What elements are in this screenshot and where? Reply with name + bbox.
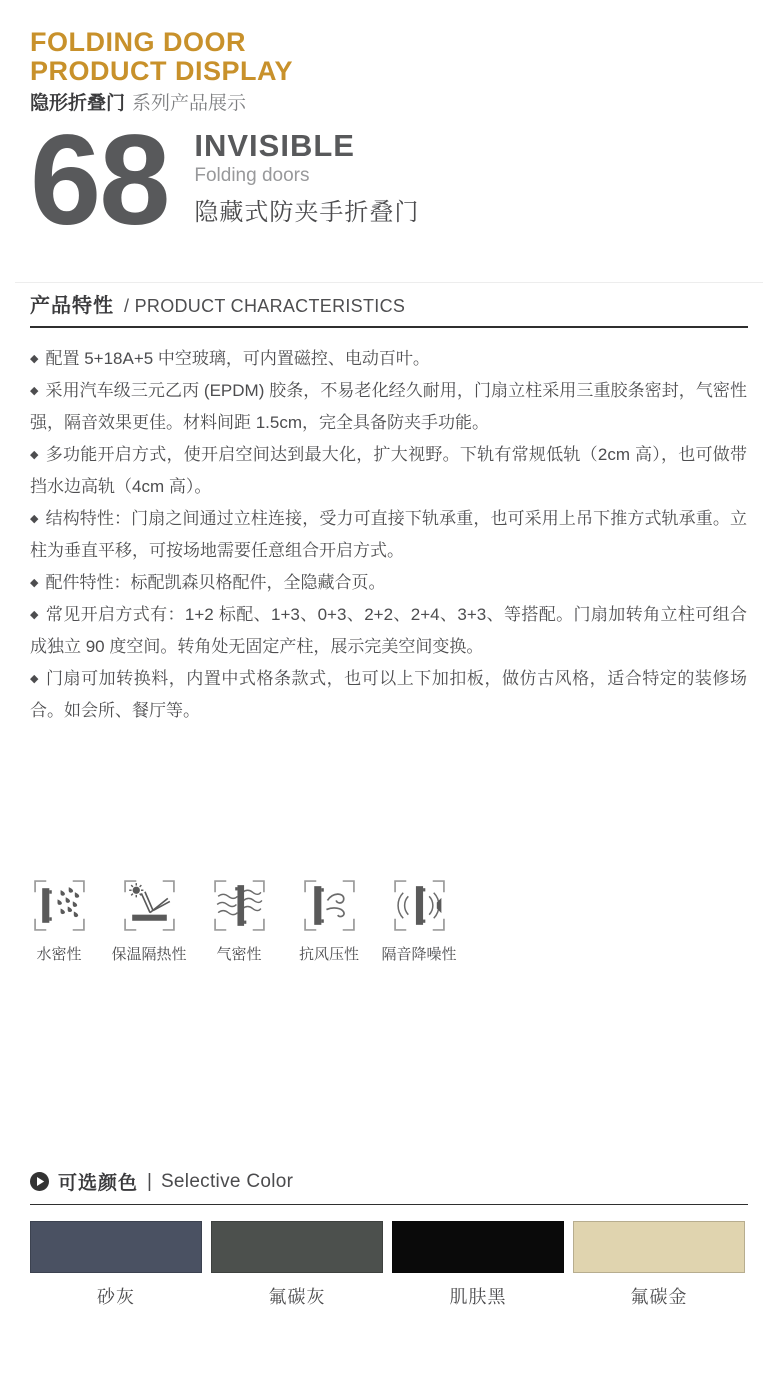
characteristic-text: 配件特性：标配凯森贝格配件，全隐藏合页。 bbox=[45, 573, 385, 592]
characteristic-text: 常见开启方式有：1+2 标配、1+3、0+3、2+2、2+4、3+3、等搭配。门… bbox=[30, 605, 747, 656]
brand-title-line2: PRODUCT DISPLAY bbox=[30, 57, 748, 86]
feature-air-tightness: 气密性 bbox=[194, 877, 284, 964]
product-number: 68 bbox=[30, 126, 168, 236]
product-headline: 68 INVISIBLE Folding doors 隐藏式防夹手折叠门 bbox=[30, 126, 748, 236]
product-names: INVISIBLE Folding doors 隐藏式防夹手折叠门 bbox=[194, 126, 419, 227]
product-name-zh: 隐藏式防夹手折叠门 bbox=[194, 192, 419, 227]
feature-icons-row: 水密性 bbox=[14, 877, 748, 964]
characteristic-text: 采用汽车级三元乙丙 (EPDM) 胶条，不易老化经久耐用，门扇立柱采用三重胶条密… bbox=[30, 381, 747, 432]
colors-heading-en: Selective Color bbox=[161, 1171, 293, 1193]
characteristics-heading-zh: 产品特性 bbox=[30, 289, 114, 318]
play-circle-icon bbox=[30, 1172, 49, 1191]
air-tightness-icon bbox=[211, 877, 268, 934]
swatch-label: 肌肤黑 bbox=[392, 1283, 564, 1309]
color-swatch-labels: 砂灰 氟碳灰 肌肤黑 氟碳金 bbox=[30, 1283, 748, 1309]
bullet-diamond-icon: ◆ bbox=[30, 353, 38, 365]
brand-title-line1: FOLDING DOOR bbox=[30, 28, 748, 57]
feature-label: 气密性 bbox=[216, 943, 261, 964]
faint-divider bbox=[15, 282, 763, 283]
feature-label: 保温隔热性 bbox=[111, 943, 186, 964]
characteristic-item: ◆门扇可加转换料，内置中式格条款式，也可以上下加扣板，做仿古风格，适合特定的装修… bbox=[30, 663, 747, 727]
bullet-diamond-icon: ◆ bbox=[30, 385, 39, 397]
characteristic-text: 多功能开启方式，使开启空间达到最大化，扩大视野。下轨有常规低轨（2cm 高），也… bbox=[30, 445, 747, 496]
feature-label: 抗风压性 bbox=[299, 943, 359, 964]
feature-label: 隔音降噪性 bbox=[381, 943, 456, 964]
swatch-label: 氟碳金 bbox=[573, 1283, 745, 1309]
bullet-diamond-icon: ◆ bbox=[30, 673, 39, 685]
bullet-diamond-icon: ◆ bbox=[30, 449, 39, 461]
characteristics-heading-en: / PRODUCT CHARACTERISTICS bbox=[124, 296, 405, 317]
colors-heading-separator: | bbox=[147, 1171, 152, 1193]
swatch-label: 砂灰 bbox=[30, 1283, 202, 1309]
characteristics-list: ◆配置 5+18A+5 中空玻璃，可内置磁控、电动百叶。 ◆采用汽车级三元乙丙 … bbox=[30, 343, 747, 727]
sound-noise-reduction-icon bbox=[391, 877, 448, 934]
color-swatch-skin-black bbox=[392, 1221, 564, 1273]
color-swatches bbox=[30, 1221, 748, 1273]
water-tightness-icon bbox=[31, 877, 88, 934]
characteristic-item: ◆常见开启方式有：1+2 标配、1+3、0+3、2+2、2+4、3+3、等搭配。… bbox=[30, 599, 747, 663]
thermal-insulation-icon bbox=[121, 877, 178, 934]
characteristic-item: ◆多功能开启方式，使开启空间达到最大化，扩大视野。下轨有常规低轨（2cm 高），… bbox=[30, 439, 747, 503]
characteristic-item: ◆配件特性：标配凯森贝格配件，全隐藏合页。 bbox=[30, 567, 747, 599]
feature-label: 水密性 bbox=[36, 943, 81, 964]
characteristic-item: ◆结构特性：门扇之间通过立柱连接，受力可直接下轨承重，也可采用上吊下推方式轨承重… bbox=[30, 503, 747, 567]
product-name-en-sub: Folding doors bbox=[194, 165, 419, 187]
wind-pressure-icon bbox=[301, 877, 358, 934]
feature-water-tightness: 水密性 bbox=[14, 877, 104, 964]
product-name-en: INVISIBLE bbox=[194, 129, 419, 163]
brand-title: FOLDING DOOR PRODUCT DISPLAY bbox=[30, 28, 748, 86]
color-swatch-fluorocarbon-gray bbox=[211, 1221, 383, 1273]
feature-wind-pressure: 抗风压性 bbox=[284, 877, 374, 964]
colors-heading-zh: 可选颜色 bbox=[58, 1168, 138, 1195]
characteristic-text: 门扇可加转换料，内置中式格条款式，也可以上下加扣板，做仿古风格，适合特定的装修场… bbox=[30, 669, 747, 720]
bullet-diamond-icon: ◆ bbox=[30, 513, 39, 525]
color-swatch-fluorocarbon-gold bbox=[573, 1221, 745, 1273]
feature-thermal-insulation: 保温隔热性 bbox=[104, 877, 194, 964]
colors-heading: 可选颜色 | Selective Color bbox=[30, 1168, 748, 1205]
bullet-diamond-icon: ◆ bbox=[30, 609, 39, 621]
characteristic-item: ◆配置 5+18A+5 中空玻璃，可内置磁控、电动百叶。 bbox=[30, 343, 747, 375]
characteristic-text: 结构特性：门扇之间通过立柱连接，受力可直接下轨承重，也可采用上吊下推方式轨承重。… bbox=[30, 509, 747, 560]
catalog-page: FOLDING DOOR PRODUCT DISPLAY 隐形折叠门系列产品展示… bbox=[0, 0, 778, 1379]
feature-sound-noise-reduction: 隔音降噪性 bbox=[374, 877, 464, 964]
characteristic-text: 配置 5+18A+5 中空玻璃，可内置磁控、电动百叶。 bbox=[45, 349, 429, 368]
swatch-label: 氟碳灰 bbox=[211, 1283, 383, 1309]
characteristics-heading: 产品特性 / PRODUCT CHARACTERISTICS bbox=[30, 289, 748, 328]
characteristic-item: ◆采用汽车级三元乙丙 (EPDM) 胶条，不易老化经久耐用，门扇立柱采用三重胶条… bbox=[30, 375, 747, 439]
bullet-diamond-icon: ◆ bbox=[30, 577, 38, 589]
color-swatch-sand-gray bbox=[30, 1221, 202, 1273]
